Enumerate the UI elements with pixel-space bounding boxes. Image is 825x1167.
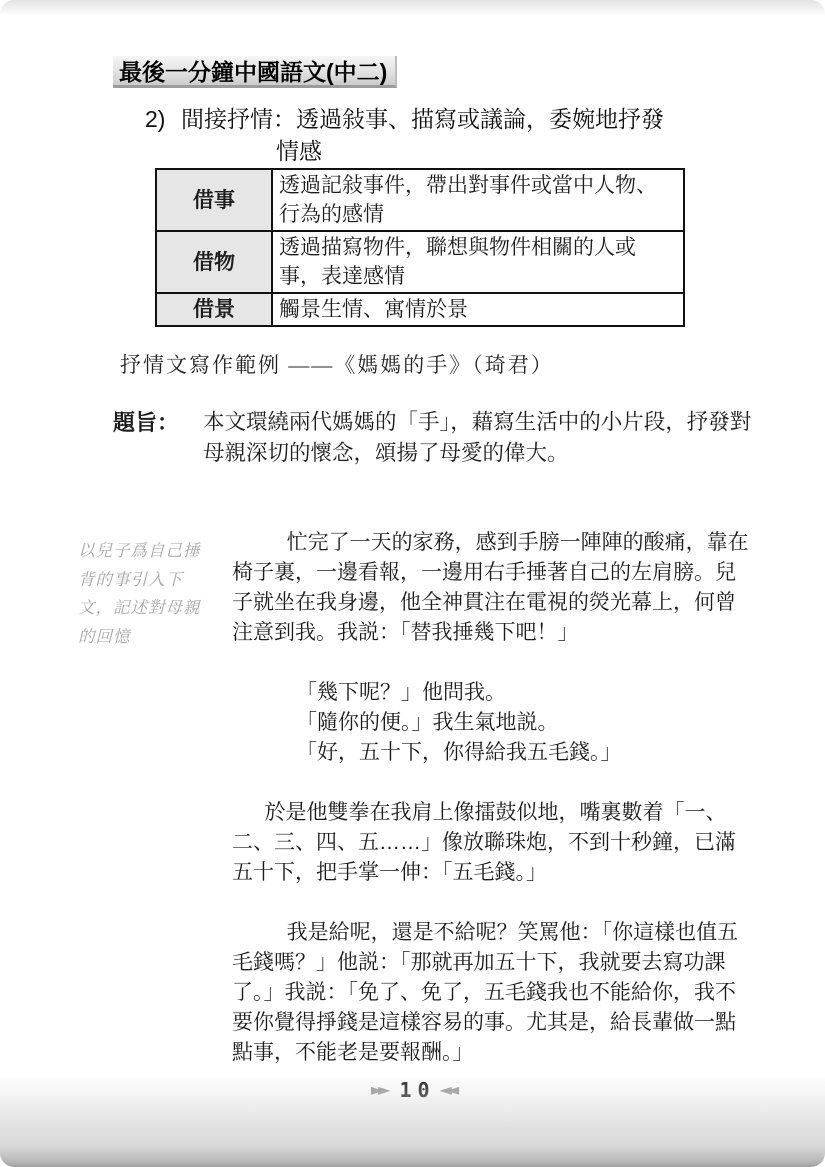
point-text-line2: 情感	[181, 138, 322, 164]
book-title: 最後一分鐘中國語文(中二)	[119, 54, 387, 87]
row-description: 透過記敍事件，帶出對事件或當中人物、行為的感情	[272, 169, 684, 231]
example-section-title: 抒情文寫作範例 ——《媽媽的手》（琦君）	[120, 349, 780, 379]
theme-label: 題旨：	[113, 407, 203, 469]
theme-text: 本文環繞兩代媽媽的「手」，藉寫生活中的小片段，抒發對母親深切的懷念，頌揚了母愛的…	[203, 407, 761, 469]
row-label: 借景	[156, 293, 272, 326]
row-label: 借物	[156, 231, 272, 293]
essay-paragraph: 於是他雙拳在我肩上像擂鼓似地，嘴裏數着「一、二、三、四、五……」像放聯珠炮，不到…	[232, 798, 749, 888]
indirect-lyric-table: 借事 透過記敍事件，帶出對事件或當中人物、行為的感情 借物 透過描寫物件，聯想與…	[155, 168, 685, 327]
essay-paragraph: 我是給呢，還是不給呢？笑罵他：「你這樣也值五毛錢嗎？」他説：「那就再加五十下，我…	[232, 918, 749, 1068]
dialogue-line: 「隨你的便。」我生氣地説。	[296, 708, 749, 738]
dialogue-line: 「幾下呢？」他問我。	[296, 678, 749, 708]
theme-block: 題旨： 本文環繞兩代媽媽的「手」，藉寫生活中的小片段，抒發對母親深切的懷念，頌揚…	[113, 407, 761, 469]
dialogue-line: 「好，五十下，你得給我五毛錢。」	[296, 738, 749, 768]
row-label: 借事	[156, 169, 272, 231]
point-number: 2)	[145, 103, 181, 167]
chapter-header-bar: 最後一分鐘中國語文(中二)	[113, 56, 397, 88]
point-text: 間接抒情：透過敍事、描寫或議論，委婉地抒發 情感	[181, 103, 664, 167]
margin-annotation: 以兒子爲自己捶背的事引入下文，記述對母親的回憶	[78, 537, 210, 651]
point-text-line1: 間接抒情：透過敍事、描寫或議論，委婉地抒發	[181, 106, 664, 132]
lesson-point: 2) 間接抒情：透過敍事、描寫或議論，委婉地抒發 情感	[145, 103, 765, 167]
essay-paragraph: 忙完了一天的家務，感到手膀一陣陣的酸痛，靠在椅子裏，一邊看報，一邊用右手捶著自己…	[232, 528, 749, 648]
page-bottom-shadow	[0, 1075, 825, 1167]
row-description: 觸景生情、寓情於景	[272, 293, 684, 326]
dialogue-block: 「幾下呢？」他問我。 「隨你的便。」我生氣地説。 「好，五十下，你得給我五毛錢。…	[232, 678, 749, 768]
table-row: 借景 觸景生情、寓情於景	[156, 293, 684, 326]
essay-body: 忙完了一天的家務，感到手膀一陣陣的酸痛，靠在椅子裏，一邊看報，一邊用右手捶著自己…	[232, 528, 749, 1068]
row-description: 透過描寫物件，聯想與物件相關的人或事，表達感情	[272, 231, 684, 293]
table-row: 借事 透過記敍事件，帶出對事件或當中人物、行為的感情	[156, 169, 684, 231]
book-page: 最後一分鐘中國語文(中二) 2) 間接抒情：透過敍事、描寫或議論，委婉地抒發 情…	[0, 0, 825, 1167]
table-row: 借物 透過描寫物件，聯想與物件相關的人或事，表達感情	[156, 231, 684, 293]
page-top-shadow	[0, 0, 825, 16]
